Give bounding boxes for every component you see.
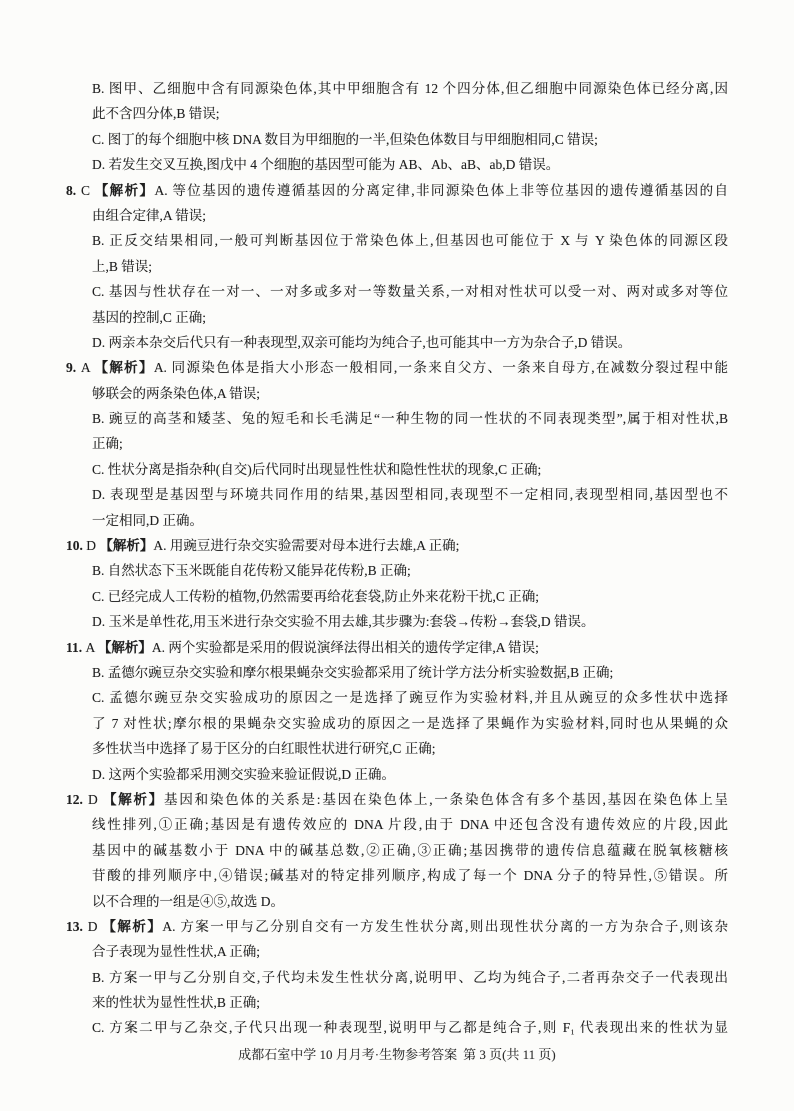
line-text: 正确; xyxy=(92,436,123,451)
line-text: 苷酸的排列顺序中,④错误;碱基对的特定排列顺序,构成了每一个 DNA 分子的特异… xyxy=(92,868,728,883)
page-footer: 成都石室中学 10 月月考·生物参考答案第 3 页(共 11 页) xyxy=(0,1044,794,1063)
line-text: D. 表现型是基因型与环境共同作用的结果,基因型相同,表现型不一定相同,表现型相… xyxy=(92,487,728,502)
answer-line: 合子表现为显性性状,A 正确; xyxy=(92,939,728,964)
line-text: B. 正反交结果相同,一般可判断基因位于常染色体上,但基因也可能位于 X 与 Y… xyxy=(92,233,728,248)
answer-letter: A xyxy=(86,640,98,655)
answer-letter: A xyxy=(81,360,95,375)
analysis-tag: 【解析】 xyxy=(99,538,153,553)
line-text: 基因中的碱基数小于 DNA 中的碱基总数,②正确,③正确;基因携带的遗传信息蕴藏… xyxy=(92,843,728,858)
answer-line: C. 图丁的每个细胞中核 DNA 数目为甲细胞的一半,但染色体数目与甲细胞相同,… xyxy=(92,127,728,152)
answer-line: 一定相同,D 正确。 xyxy=(92,508,728,533)
analysis-tag: 【解析】 xyxy=(103,792,164,807)
answer-line: B. 自然状态下玉米既能自花传粉又能异花传粉,B 正确; xyxy=(92,558,728,583)
line-text: C. 基因与性状存在一对一、一对多或多对一等数量关系,一对相对性状可以受一对、两… xyxy=(92,284,728,299)
line-text: 上,B 错误; xyxy=(92,259,152,274)
answer-letter: C xyxy=(81,183,95,198)
answer-line: D. 表现型是基因型与环境共同作用的结果,基因型相同,表现型不一定相同,表现型相… xyxy=(92,482,728,507)
answer-line-q11: 11. A 【解析】A. 两个实验都是采用的假说演绎法得出相关的遗传学定律,A … xyxy=(66,635,728,660)
line-text: 一定相同,D 正确。 xyxy=(92,513,203,528)
answer-line: 多性状当中选择了易于区分的白红眼性状进行研究,C 正确; xyxy=(92,736,728,761)
line-text: 由组合定律,A 错误; xyxy=(92,208,206,223)
question-number: 10. xyxy=(66,538,86,553)
line-text: A. 等位基因的遗传遵循基因的分离定律,非同源染色体上非等位基因的遗传遵循基因的… xyxy=(154,183,728,198)
answer-line: 了 7 对性状;摩尔根的果蝇杂交实验成功的原因之一是选择了果蝇作为实验材料,同时… xyxy=(92,711,728,736)
analysis-tag: 【解析】 xyxy=(98,640,152,655)
line-text: 够联会的两条染色体,A 错误; xyxy=(92,386,260,401)
line-text: D. 两亲本杂交后代只有一种表现型,双亲可能均为纯合子,也可能其中一方为杂合子,… xyxy=(92,335,631,350)
answer-line: D. 两亲本杂交后代只有一种表现型,双亲可能均为纯合子,也可能其中一方为杂合子,… xyxy=(92,330,728,355)
answer-line: D. 若发生交叉互换,图戊中 4 个细胞的基因型可能为 AB、Ab、aB、ab,… xyxy=(92,152,728,177)
answer-line: 苷酸的排列顺序中,④错误;碱基对的特定排列顺序,构成了每一个 DNA 分子的特异… xyxy=(92,863,728,888)
answer-content: B. 图甲、乙细胞中含有同源染色体,其中甲细胞含有 12 个四分体,但乙细胞中同… xyxy=(0,76,794,1041)
line-text: B. 方案一甲与乙分别自交,子代均未发生性状分离,说明甲、乙均为纯合子,二者再杂… xyxy=(92,970,728,985)
line-text: C. 性状分离是指杂种(自交)后代同时出现显性性状和隐性性状的现象,C 正确; xyxy=(92,462,541,477)
answer-line: 线性排列,①正确;基因是有遗传效应的 DNA 片段,由于 DNA 中还包含没有遗… xyxy=(92,812,728,837)
answer-line-q12: 12. D 【解析】基因和染色体的关系是:基因在染色体上,一条染色体含有多个基因… xyxy=(66,787,728,812)
answer-letter: D xyxy=(88,792,103,807)
answer-line: B. 图甲、乙细胞中含有同源染色体,其中甲细胞含有 12 个四分体,但乙细胞中同… xyxy=(92,76,728,101)
answer-line: 来的性状为显性性状,B 正确; xyxy=(92,990,728,1015)
line-text: C. 方案二甲与乙杂交,子代只出现一种表现型,说明甲与乙都是纯合子,则 F₁ 代… xyxy=(92,1020,728,1035)
question-number: 8. xyxy=(66,183,81,198)
answer-line: 由组合定律,A 错误; xyxy=(92,203,728,228)
answer-line: B. 豌豆的高茎和矮茎、兔的短毛和长毛满足“一种生物的同一性状的不同表现类型”,… xyxy=(92,406,728,431)
exam-answer-page: B. 图甲、乙细胞中含有同源染色体,其中甲细胞含有 12 个四分体,但乙细胞中同… xyxy=(0,0,794,1111)
answer-line: C. 性状分离是指杂种(自交)后代同时出现显性性状和隐性性状的现象,C 正确; xyxy=(92,457,728,482)
line-text: C. 图丁的每个细胞中核 DNA 数目为甲细胞的一半,但染色体数目与甲细胞相同,… xyxy=(92,132,598,147)
line-text: B. 豌豆的高茎和矮茎、兔的短毛和长毛满足“一种生物的同一性状的不同表现类型”,… xyxy=(92,411,728,426)
line-text: A. 用豌豆进行杂交实验需要对母本进行去雄,A 正确; xyxy=(153,538,459,553)
line-text: B. 自然状态下玉米既能自花传粉又能异花传粉,B 正确; xyxy=(92,563,411,578)
answer-line: 正确; xyxy=(92,431,728,456)
answer-line-q8: 8. C 【解析】A. 等位基因的遗传遵循基因的分离定律,非同源染色体上非等位基… xyxy=(66,178,728,203)
line-text: D. 这两个实验都采用测交实验来验证假说,D 正确。 xyxy=(92,767,395,782)
line-text: 此不含四分体,B 错误; xyxy=(92,106,220,121)
answer-line: C. 孟德尔豌豆杂交实验成功的原因之一是选择了豌豆作为实验材料,并且从豌豆的众多… xyxy=(92,685,728,710)
answer-line: 此不含四分体,B 错误; xyxy=(92,101,728,126)
answer-line-q9: 9. A 【解析】A. 同源染色体是指大小形态一般相同,一条来自父方、一条来自母… xyxy=(66,355,728,380)
footer-page-info: 第 3 页(共 11 页) xyxy=(463,1047,556,1062)
answer-line: D. 玉米是单性花,用玉米进行杂交实验不用去雄,其步骤为:套袋→传粉→套袋,D … xyxy=(92,609,728,634)
answer-line-q13: 13. D 【解析】A. 方案一甲与乙分别自交有一方发生性状分离,则出现性状分离… xyxy=(66,914,728,939)
line-text: 基因的控制,C 正确; xyxy=(92,310,206,325)
answer-line: C. 基因与性状存在一对一、一对多或多对一等数量关系,一对相对性状可以受一对、两… xyxy=(92,279,728,304)
line-text: 线性排列,①正确;基因是有遗传效应的 DNA 片段,由于 DNA 中还包含没有遗… xyxy=(92,817,728,832)
answer-line: 够联会的两条染色体,A 错误; xyxy=(92,381,728,406)
question-number: 9. xyxy=(66,360,81,375)
line-text: D. 若发生交叉互换,图戊中 4 个细胞的基因型可能为 AB、Ab、aB、ab,… xyxy=(92,157,559,172)
line-text: 了 7 对性状;摩尔根的果蝇杂交实验成功的原因之一是选择了果蝇作为实验材料,同时… xyxy=(92,716,728,731)
answer-line: C. 方案二甲与乙杂交,子代只出现一种表现型,说明甲与乙都是纯合子,则 F₁ 代… xyxy=(92,1015,728,1040)
line-text: C. 已经完成人工传粉的植物,仍然需要再给花套袋,防止外来花粉干扰,C 正确; xyxy=(92,589,539,604)
line-text: 基因和染色体的关系是:基因在染色体上,一条染色体含有多个基因,基因在染色体上呈 xyxy=(164,792,728,807)
line-text: A. 方案一甲与乙分别自交有一方发生性状分离,则出现性状分离的一方为杂合子,则该… xyxy=(162,919,728,934)
answer-line: D. 这两个实验都采用测交实验来验证假说,D 正确。 xyxy=(92,762,728,787)
line-text: A. 两个实验都是采用的假说演绎法得出相关的遗传学定律,A 错误; xyxy=(152,640,539,655)
line-text: B. 图甲、乙细胞中含有同源染色体,其中甲细胞含有 12 个四分体,但乙细胞中同… xyxy=(92,81,728,96)
line-text: 多性状当中选择了易于区分的白红眼性状进行研究,C 正确; xyxy=(92,741,436,756)
analysis-tag: 【解析】 xyxy=(95,183,155,198)
line-text: 以不合理的一组是④⑤,故选 D。 xyxy=(92,894,284,909)
question-number: 13. xyxy=(66,919,88,934)
answer-line: C. 已经完成人工传粉的植物,仍然需要再给花套袋,防止外来花粉干扰,C 正确; xyxy=(92,584,728,609)
answer-letter: D xyxy=(88,919,103,934)
answer-line: 基因的控制,C 正确; xyxy=(92,305,728,330)
footer-exam-title: 成都石室中学 10 月月考·生物参考答案 xyxy=(238,1047,457,1062)
line-text: C. 孟德尔豌豆杂交实验成功的原因之一是选择了豌豆作为实验材料,并且从豌豆的众多… xyxy=(92,690,728,705)
line-text: B. 孟德尔豌豆杂交实验和摩尔根果蝇杂交实验都采用了统计学方法分析实验数据,B … xyxy=(92,665,613,680)
answer-line: B. 方案一甲与乙分别自交,子代均未发生性状分离,说明甲、乙均为纯合子,二者再杂… xyxy=(92,965,728,990)
answer-letter: D xyxy=(86,538,99,553)
line-text: A. 同源染色体是指大小形态一般相同,一条来自父方、一条来自母方,在减数分裂过程… xyxy=(154,360,728,375)
line-text: D. 玉米是单性花,用玉米进行杂交实验不用去雄,其步骤为:套袋→传粉→套袋,D … xyxy=(92,614,595,629)
question-number: 12. xyxy=(66,792,88,807)
answer-line: 基因中的碱基数小于 DNA 中的碱基总数,②正确,③正确;基因携带的遗传信息蕴藏… xyxy=(92,838,728,863)
analysis-tag: 【解析】 xyxy=(95,360,154,375)
line-text: 合子表现为显性性状,A 正确; xyxy=(92,944,260,959)
answer-line: 以不合理的一组是④⑤,故选 D。 xyxy=(92,889,728,914)
answer-line: B. 孟德尔豌豆杂交实验和摩尔根果蝇杂交实验都采用了统计学方法分析实验数据,B … xyxy=(92,660,728,685)
analysis-tag: 【解析】 xyxy=(102,919,162,934)
answer-line: B. 正反交结果相同,一般可判断基因位于常染色体上,但基因也可能位于 X 与 Y… xyxy=(92,228,728,253)
answer-line: 上,B 错误; xyxy=(92,254,728,279)
answer-line-q10: 10. D 【解析】A. 用豌豆进行杂交实验需要对母本进行去雄,A 正确; xyxy=(66,533,728,558)
question-number: 11. xyxy=(66,640,86,655)
line-text: 来的性状为显性性状,B 正确; xyxy=(92,995,260,1010)
